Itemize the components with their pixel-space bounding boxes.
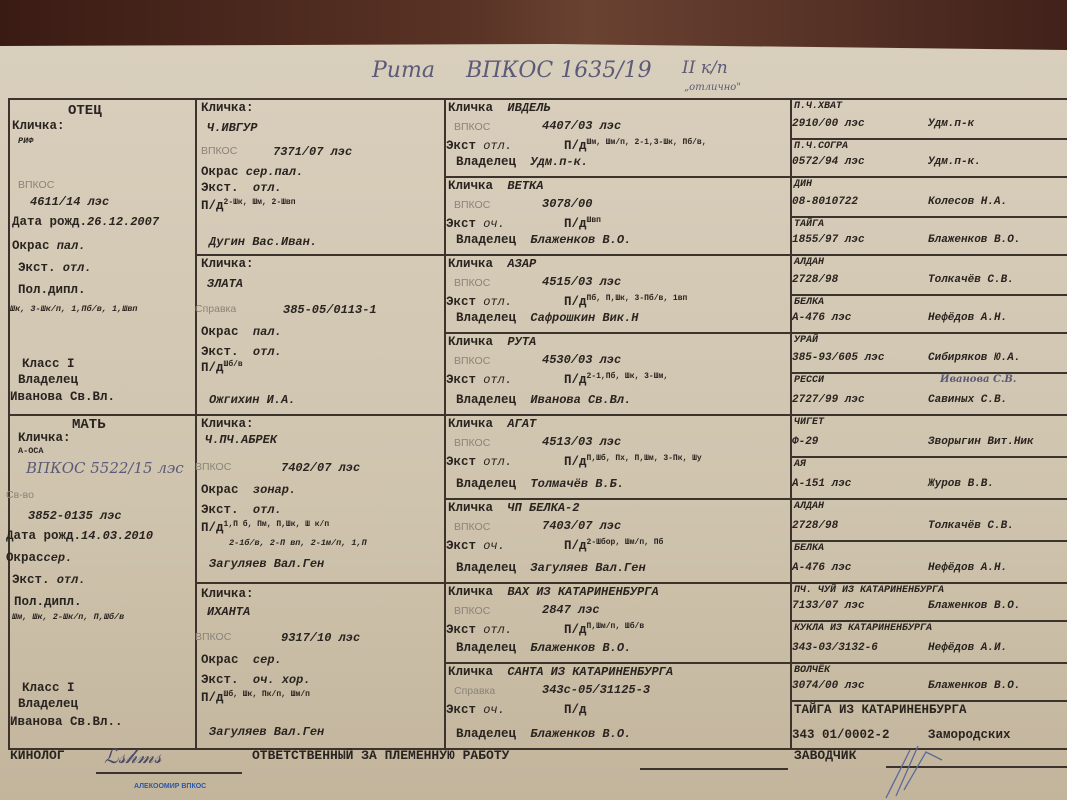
mother-name: А-ОСА xyxy=(18,446,44,457)
father-dob-label: Дата рожд. xyxy=(12,215,87,229)
ggp-doc-label: Справка xyxy=(454,684,495,698)
ggp-name-label: Кличка xyxy=(448,585,493,599)
gen4-owner: Толкачёв С.В. xyxy=(928,274,1014,286)
ggp-owner-label: Владелец xyxy=(456,561,516,575)
gen4-reg: 343-03/3132-6 xyxy=(792,642,878,654)
gen4-reg: 0572/94 лэс xyxy=(792,156,865,168)
gp-owner: Дугин Вас.Иван. xyxy=(209,234,317,250)
gen4-name: ТАЙГА ИЗ КАТАРИНЕНБУРГА xyxy=(794,703,967,717)
gp-reg: 7371/07 лэс xyxy=(273,144,352,160)
gen4-owner: Удм.п-к. xyxy=(928,156,981,168)
ggp-name: РУТА xyxy=(507,335,536,349)
ggp-reg: 7403/07 лэс xyxy=(542,518,621,534)
gp-color: сер.пал. xyxy=(246,165,304,179)
gen4-name: БЕЛКА xyxy=(794,297,824,308)
ggp-doc-label: ВПКОС xyxy=(454,354,490,368)
gp-pd: Шб, Шк, Пк/п, Шм/п xyxy=(224,690,310,699)
gen4-name: ДИН xyxy=(794,179,812,190)
mother-doc-label: Св-во xyxy=(6,488,34,502)
ggp-owner-label: Владелец xyxy=(456,155,516,169)
ggp-owner-label: Владелец xyxy=(456,393,516,407)
father-owner: Иванова Св.Вл. xyxy=(10,389,115,406)
mother-dob-label: Дата рожд. xyxy=(6,529,81,543)
gen4-owner: Нефёдов А.И. xyxy=(928,642,1007,654)
gp-exterior-label: Экст. xyxy=(201,673,239,687)
gen4-ancestor-cell: ПЧ. ЧУЙ ИЗ КАТАРИНЕНБУРГА7133/07 лэсБлаж… xyxy=(790,582,1067,620)
ggp-doc-label: ВПКОС xyxy=(454,436,490,450)
responsible-signature-line[interactable] xyxy=(640,768,788,770)
ggp-owner-label: Владелец xyxy=(456,233,516,247)
gp-color: зонар. xyxy=(253,483,296,497)
ggp-owner: Блаженков В.О. xyxy=(530,233,631,247)
gp-name-label: Кличка: xyxy=(201,256,254,273)
ggp-name-label: Кличка xyxy=(448,101,493,115)
gp-color-label: Окрас xyxy=(201,483,239,497)
gen4-ancestor-cell: ЧИГЕТФ-29Зворыгин Вит.Ник xyxy=(790,414,1067,456)
ggp-reg: 4515/03 лэс xyxy=(542,274,621,290)
gen4-owner: Колесов Н.А. xyxy=(928,196,1007,208)
ggp-owner: Иванова Св.Вл. xyxy=(530,393,631,407)
gen4-reg: 08-8010722 xyxy=(792,196,858,208)
father-owner-label: Владелец xyxy=(18,372,78,389)
gen4-ancestor-cell: ВОЛЧЁК3074/00 лэсБлаженков В.О. xyxy=(790,662,1067,700)
gp-name: Ч.ИВГУР xyxy=(207,120,257,136)
ggp-pd-label: П/д xyxy=(564,455,587,469)
father-heading: ОТЕЦ xyxy=(68,102,102,121)
mother-reg: 3852-0135 лэс xyxy=(28,508,122,524)
gp-exterior-label: Экст. xyxy=(201,345,239,359)
gen4-name: ВОЛЧЁК xyxy=(794,665,830,676)
ggp-name-label: Кличка xyxy=(448,665,493,679)
father-color: пал. xyxy=(57,239,86,253)
ggp-name-label: Кличка xyxy=(448,335,493,349)
gp-owner: Загуляев Вал.Ген xyxy=(209,556,324,572)
great-grandparent-cell: Кличка АЗАРВПКОС4515/03 лэсЭкст отл.П/дП… xyxy=(444,254,790,332)
ggp-doc-label: ВПКОС xyxy=(454,120,490,134)
cynologist-label: КИНОЛОГ xyxy=(10,748,65,763)
dog-class-handwritten: II к/п xyxy=(682,58,728,78)
ggp-owner-label: Владелец xyxy=(456,477,516,491)
gp-pd: Шб/в xyxy=(224,360,243,369)
gen4-owner: Блаженков В.О. xyxy=(928,234,1020,246)
gen4-ancestor-cell: ДИН08-8010722Колесов Н.А. xyxy=(790,176,1067,216)
gp-doc-label: ВПКОС xyxy=(195,630,231,644)
gp-exterior-label: Экст. xyxy=(201,503,239,517)
ggp-name: ЧП БЕЛКА-2 xyxy=(507,501,579,515)
ggp-exterior-label: Экст xyxy=(446,217,476,231)
gp-name: ЗЛАТА xyxy=(207,276,243,292)
father-name-label: Кличка: xyxy=(12,118,65,135)
ggp-exterior: отл. xyxy=(483,455,512,469)
gp-exterior: отл. xyxy=(253,503,282,517)
gp-pd-label: П/д xyxy=(201,521,224,535)
ggp-owner: Блаженков В.О. xyxy=(530,727,631,741)
gp-pd: 1,П б, Пм, П,Шк, Ш к/п xyxy=(224,520,330,529)
ggp-doc-label: ВПКОС xyxy=(454,198,490,212)
mother-name-label: Кличка: xyxy=(18,430,71,447)
gen4-ancestor-cell: АЛДАН2728/98Толкачёв С.В. xyxy=(790,498,1067,540)
gen4-owner: Журов В.В. xyxy=(928,478,994,490)
father-reg: 4611/14 лэс xyxy=(30,194,109,210)
mother-owner-label: Владелец xyxy=(18,696,78,713)
mother-class: Класс I xyxy=(22,680,75,697)
cynologist-signature: ℒ𝓈𝒽𝓂𝓈 xyxy=(104,744,162,768)
ggp-reg: 4513/03 лэс xyxy=(542,434,621,450)
ggp-exterior: оч. xyxy=(483,217,505,231)
gen4-ancestor-cell: УРАЙ385-93/605 лэсСибиряков Ю.А. xyxy=(790,332,1067,372)
gp-owner: Загуляев Вал.Ген xyxy=(209,724,324,740)
gen4-owner: Сибиряков Ю.А. xyxy=(928,352,1020,364)
gen4-reg: 3074/00 лэс xyxy=(792,680,865,692)
ggp-exterior-label: Экст xyxy=(446,373,476,387)
gen4-name: БЕЛКА xyxy=(794,543,824,554)
gp-pd-label: П/д xyxy=(201,691,224,705)
ggp-pd-label: П/д xyxy=(564,539,587,553)
gp-name-label: Кличка: xyxy=(201,586,254,603)
ggp-pd-label: П/д xyxy=(564,217,587,231)
ggp-name: ИВДЕЛЬ xyxy=(507,101,550,115)
ggp-reg: 2847 лэс xyxy=(542,602,600,618)
gp-reg: 9317/10 лэс xyxy=(281,630,360,646)
ggp-owner: Блаженков В.О. xyxy=(530,641,631,655)
pedigree-table: ОТЕЦ Кличка: РИФ ВПКОС 4611/14 лэс Дата … xyxy=(8,98,1067,750)
ggp-owner-label: Владелец xyxy=(456,727,516,741)
grandparent-cell: Кличка: ЗЛАТА Справка 385-05/0113-1 Окра… xyxy=(195,254,444,414)
father-exterior: отл. xyxy=(63,261,92,275)
gen4-reg: 385-93/605 лэс xyxy=(792,352,884,364)
gp-color-label: Окрас xyxy=(201,325,239,339)
father-exterior-label: Экст. xyxy=(18,261,56,275)
gen4-ancestor-cell: ТАЙГА1855/97 лэсБлаженков В.О. xyxy=(790,216,1067,254)
gen4-ancestor-cell: П.Ч.СОГРА0572/94 лэсУдм.п-к. xyxy=(790,138,1067,176)
dog-registration-handwritten: ВПКОС 1635/19 xyxy=(466,58,652,83)
great-grandparent-cell: Кличка ВАХ ИЗ КАТАРИНЕНБУРГАВПКОС2847 лэ… xyxy=(444,582,790,662)
gp-color-label: Окрас xyxy=(201,653,239,667)
ggp-exterior-label: Экст xyxy=(446,623,476,637)
gen4-name: П.Ч.СОГРА xyxy=(794,141,848,152)
gp-doc-label: ВПКОС xyxy=(195,460,231,474)
gp-reg: 7402/07 лэс xyxy=(281,460,360,476)
great-grandparent-cell: Кличка ИВДЕЛЬВПКОС4407/03 лэсЭкст отл.П/… xyxy=(444,98,790,176)
ggp-pd-label: П/д xyxy=(564,623,587,637)
gen4-owner: Толкачёв С.В. xyxy=(928,520,1014,532)
ggp-pd: 2-Шбор, Шм/п, Пб xyxy=(587,538,664,547)
grandparent-cell: Кличка: Ч.ИВГУР ВПКОС 7371/07 лэс Окрас … xyxy=(195,98,444,254)
ggp-pd: 2-1,Пб, Шк, 3-Шм, xyxy=(587,372,669,381)
gp-pd-continued: 2-1б/в, 2-П вп, 2-1м/п, 1,П xyxy=(229,538,367,549)
ggp-pd: Шм, Шм/п, 2-1,3-Шк, Пб/в, xyxy=(587,138,707,147)
gen4-reg: А-476 лэс xyxy=(792,312,851,324)
gen4-reg: 2727/99 лэс xyxy=(792,394,865,406)
ggp-name: АГАТ xyxy=(507,417,536,431)
gp-doc-label: Справка xyxy=(195,302,236,316)
ggp-doc-label: ВПКОС xyxy=(454,276,490,290)
father-dob: 26.12.2007 xyxy=(87,215,159,229)
cynologist-signature-line[interactable] xyxy=(96,772,242,774)
ggp-name: АЗАР xyxy=(507,257,536,271)
gen4-owner: Удм.п-к xyxy=(928,118,974,130)
ggp-exterior-label: Экст xyxy=(446,295,476,309)
gen4-ancestor-cell: АЛДАН2728/98Толкачёв С.В. xyxy=(790,254,1067,294)
gen4-name: КУКЛА ИЗ КАТАРИНЕНБУРГА xyxy=(794,623,932,634)
great-grandparent-cell: Кличка ЧП БЕЛКА-2ВПКОС7403/07 лэсЭкст оч… xyxy=(444,498,790,582)
gen4-name: РЕССИ xyxy=(794,375,824,386)
mother-dob: 14.03.2010 xyxy=(81,529,153,543)
gen4-reg: 2728/98 xyxy=(792,274,838,286)
breeder-signature xyxy=(880,740,950,800)
gen4-owner-note: Иванова С.В. xyxy=(940,374,1016,385)
ggp-pd: Пб, П,Шк, 3-Пб/в, 1вп xyxy=(587,294,688,303)
father-diplomas: Шк, 3-Шк/п, 1,Пб/в, 1,Швп xyxy=(10,304,138,315)
gp-exterior-label: Экст. xyxy=(201,181,239,195)
gen4-owner: Савиных С.В. xyxy=(928,394,1007,406)
gen4-ancestor-cell: РЕССИ2727/99 лэсСавиных С.В.Иванова С.В. xyxy=(790,372,1067,414)
ggp-owner-label: Владелец xyxy=(456,641,516,655)
gen4-reg: 2728/98 xyxy=(792,520,838,532)
ggp-owner: Удм.п-к. xyxy=(530,155,588,169)
father-cell: ОТЕЦ Кличка: РИФ ВПКОС 4611/14 лэс Дата … xyxy=(8,98,195,414)
ggp-owner: Сафрошкин Вик.Н xyxy=(530,311,638,325)
ggp-name: САНТА ИЗ КАТАРИНЕНБУРГА xyxy=(507,665,673,679)
ggp-exterior: отл. xyxy=(483,623,512,637)
ggp-name-label: Кличка xyxy=(448,257,493,271)
gp-pd-label: П/д xyxy=(201,199,224,213)
great-grandparent-cell: Кличка ВЕТКАВПКОС3078/00Экст оч.П/дШвпВл… xyxy=(444,176,790,254)
father-class: Класс I xyxy=(22,356,75,373)
ggp-reg: 4407/03 лэс xyxy=(542,118,621,134)
grandparent-cell: Кличка: ИХАНТА ВПКОС 9317/10 лэс Окрас с… xyxy=(195,582,444,748)
gp-pd-label: П/д xyxy=(201,361,224,375)
gen4-owner: Блаженков В.О. xyxy=(928,680,1020,692)
responsible-label: ОТВЕТСТВЕННЫЙ ЗА ПЛЕМЕННУЮ РАБОТУ xyxy=(252,748,509,763)
gen4-name: УРАЙ xyxy=(794,335,818,346)
ggp-name-label: Кличка xyxy=(448,179,493,193)
great-grandparent-cell: Кличка АГАТВПКОС4513/03 лэсЭкст отл.П/дП… xyxy=(444,414,790,498)
ggp-exterior-label: Экст xyxy=(446,703,476,717)
ggp-pd-label: П/д xyxy=(564,703,587,717)
mother-exterior: отл. xyxy=(57,573,86,587)
breeder-label: ЗАВОДЧИК xyxy=(794,748,856,763)
gen4-name: ПЧ. ЧУЙ ИЗ КАТАРИНЕНБУРГА xyxy=(794,585,944,596)
ggp-doc-label: ВПКОС xyxy=(454,604,490,618)
gp-name: Ч.ПЧ.АБРЕК xyxy=(205,432,277,448)
gp-reg: 385-05/0113-1 xyxy=(283,302,377,318)
gen4-name: АЯ xyxy=(794,459,806,470)
ggp-name-label: Кличка xyxy=(448,501,493,515)
ggp-pd: П,Шм/п, Шб/в xyxy=(587,622,645,631)
mother-exterior-label: Экст. xyxy=(12,573,50,587)
ggp-exterior-label: Экст xyxy=(446,139,476,153)
ggp-pd-label: П/д xyxy=(564,373,587,387)
gen4-owner: Нефёдов А.Н. xyxy=(928,312,1007,324)
mother-color-label: Окрас xyxy=(6,551,44,565)
gen4-reg: А-476 лэс xyxy=(792,562,851,574)
ggp-name: ВЕТКА xyxy=(507,179,543,193)
father-color-label: Окрас xyxy=(12,239,50,253)
gen4-ancestor-cell: П.Ч.ХВАТ2910/00 лэсУдм.п-к xyxy=(790,98,1067,138)
gp-name-label: Кличка: xyxy=(201,100,254,117)
gen4-ancestor-cell: БЕЛКАА-476 лэсНефёдов А.Н. xyxy=(790,540,1067,582)
gen4-reg: 2910/00 лэс xyxy=(792,118,865,130)
mother-reg-handwritten: ВПКОС 5522/15 лэс xyxy=(26,458,184,478)
gen4-owner: Нефёдов А.Н. xyxy=(928,562,1007,574)
gen4-ancestor-cell: КУКЛА ИЗ КАТАРИНЕНБУРГА343-03/3132-6Нефё… xyxy=(790,620,1067,662)
gen4-reg: 343 01/0002-2 xyxy=(792,728,890,742)
ggp-exterior-label: Экст xyxy=(446,539,476,553)
gen4-ancestor-cell: БЕЛКАА-476 лэсНефёдов А.Н. xyxy=(790,294,1067,332)
desk-background xyxy=(0,0,1067,50)
ggp-exterior: отл. xyxy=(483,295,512,309)
ggp-exterior: отл. xyxy=(483,373,512,387)
gen4-reg: 1855/97 лэс xyxy=(792,234,865,246)
gen4-owner: Зворыгин Вит.Ник xyxy=(928,436,1034,448)
gp-doc-label: ВПКОС xyxy=(201,144,237,158)
stamp: АЛЕКООМИР ВПКОС xyxy=(134,783,206,790)
ggp-owner-label: Владелец xyxy=(456,311,516,325)
gen4-name: П.Ч.ХВАТ xyxy=(794,101,842,112)
mother-owner: Иванова Св.Вл.. xyxy=(10,714,123,731)
ggp-doc-label: ВПКОС xyxy=(454,520,490,534)
gp-color-label: Окрас xyxy=(201,165,239,179)
gp-exterior: отл. xyxy=(253,345,282,359)
ggp-exterior: оч. xyxy=(483,703,505,717)
ggp-reg: 3078/00 xyxy=(542,196,592,212)
great-grandparent-cell: Кличка РУТАВПКОС4530/03 лэсЭкст отл.П/д2… xyxy=(444,332,790,414)
gp-pd: 2-Шк, Шм, 2-Швп xyxy=(224,198,296,207)
mother-cell: МАТЬ Кличка: А-ОСА ВПКОС 5522/15 лэс Св-… xyxy=(8,414,195,748)
gen4-owner: Блаженков В.О. xyxy=(928,600,1020,612)
gen4-name: АЛДАН xyxy=(794,257,824,268)
ggp-name-label: Кличка xyxy=(448,417,493,431)
ggp-exterior: оч. xyxy=(483,539,505,553)
mother-color: сер. xyxy=(44,551,73,565)
gen4-name: ЧИГЕТ xyxy=(794,417,824,428)
ggp-pd-label: П/д xyxy=(564,295,587,309)
gen4-ancestor-cell: АЯА-151 лэсЖуров В.В. xyxy=(790,456,1067,498)
gen4-reg: А-151 лэс xyxy=(792,478,851,490)
ggp-owner: Загуляев Вал.Ген xyxy=(530,561,645,575)
gp-color: сер. xyxy=(253,653,282,667)
gp-exterior: отл. xyxy=(253,181,282,195)
ggp-reg: 343с-05/31125-3 xyxy=(542,682,650,698)
ggp-pd: Швп xyxy=(587,216,601,225)
ggp-reg: 4530/03 лэс xyxy=(542,352,621,368)
father-diplomas-label: Пол.дипл. xyxy=(18,282,86,299)
father-name: РИФ xyxy=(18,136,33,147)
gp-name-label: Кличка: xyxy=(201,416,254,433)
ggp-exterior-label: Экст xyxy=(446,455,476,469)
great-grandparent-cell: Кличка САНТА ИЗ КАТАРИНЕНБУРГАСправка343… xyxy=(444,662,790,748)
ggp-exterior: отл. xyxy=(483,139,512,153)
grandparent-cell: Кличка: Ч.ПЧ.АБРЕК ВПКОС 7402/07 лэс Окр… xyxy=(195,414,444,582)
ggp-owner: Толмачёв В.Б. xyxy=(530,477,624,491)
dog-name-handwritten: Рита xyxy=(372,58,435,83)
mother-diplomas-label: Пол.дипл. xyxy=(14,594,82,611)
gp-name: ИХАНТА xyxy=(207,604,250,620)
gen4-reg: 7133/07 лэс xyxy=(792,600,865,612)
gp-owner: Ожгихин И.А. xyxy=(209,392,295,408)
gen4-reg: Ф-29 xyxy=(792,436,818,448)
mother-heading: МАТЬ xyxy=(72,416,106,435)
father-doc-label: ВПКОС xyxy=(18,178,54,192)
gp-exterior: оч. хор. xyxy=(253,673,311,687)
gp-color: пал. xyxy=(253,325,282,339)
dog-grade-handwritten: „отлично" xyxy=(684,82,741,93)
ggp-name: ВАХ ИЗ КАТАРИНЕНБУРГА xyxy=(507,585,658,599)
mother-diplomas: Шм, Шк, 2-Шк/п, П,Шб/в xyxy=(12,612,124,623)
ggp-pd-label: П/д xyxy=(564,139,587,153)
ggp-pd: П,Шб, Пх, П,Шм, 3-Пк, Шу xyxy=(587,454,702,463)
gen4-name: ТАЙГА xyxy=(794,219,824,230)
gen4-name: АЛДАН xyxy=(794,501,824,512)
